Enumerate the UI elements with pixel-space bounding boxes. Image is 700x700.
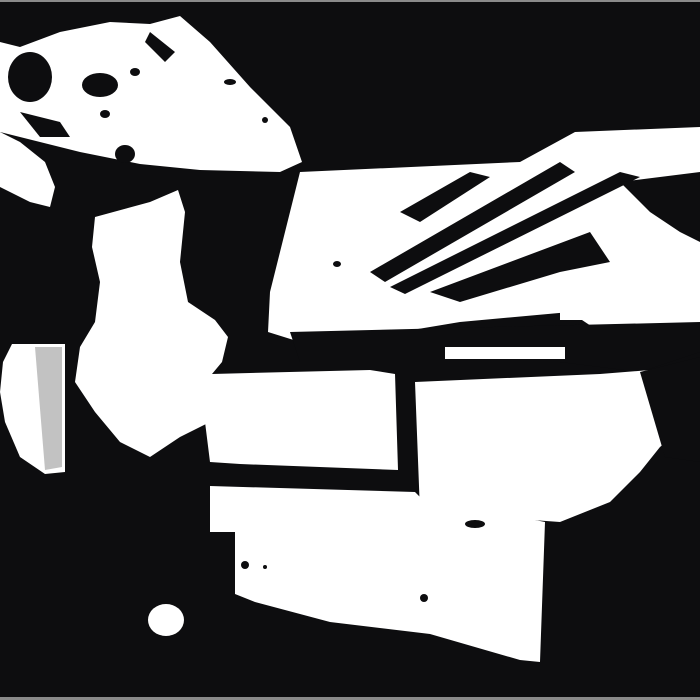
bottom-sheet: [210, 486, 545, 662]
center-left-block: [205, 370, 398, 470]
left-fragment: [0, 344, 65, 474]
upper-right-sheet: [268, 127, 700, 372]
top-left-sheet: [0, 16, 302, 207]
center-right-block: [415, 357, 700, 522]
photo-canvas: [0, 2, 700, 700]
photo-frame: Black and white photo of white paper sha…: [0, 0, 700, 700]
central-cutout: [75, 190, 228, 457]
small-dot: [148, 604, 184, 636]
